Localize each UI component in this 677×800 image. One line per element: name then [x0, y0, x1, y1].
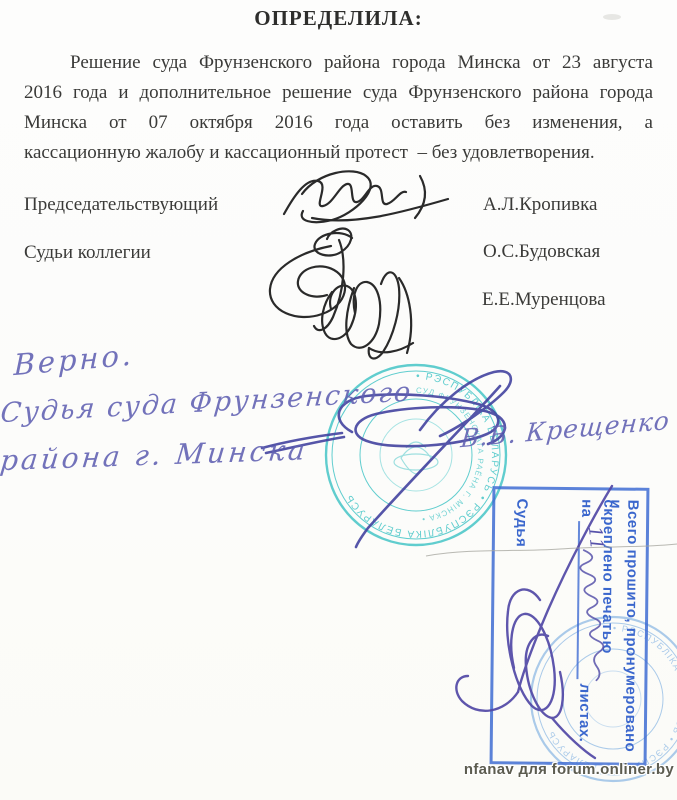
forum-watermark: nfanav для forum.onliner.by [464, 761, 674, 778]
signature-budovskaya-ink [270, 229, 352, 331]
signature-murentsova-ink [322, 272, 413, 358]
scanned-court-document: ОПРЕДЕЛИЛА: Решение суда Фрунзенского ра… [0, 0, 677, 800]
signature-stamp-ink [456, 486, 612, 758]
scan-smudge [603, 14, 621, 20]
paper-fold-line [426, 544, 677, 556]
signature-kropivka-ink [284, 171, 448, 222]
